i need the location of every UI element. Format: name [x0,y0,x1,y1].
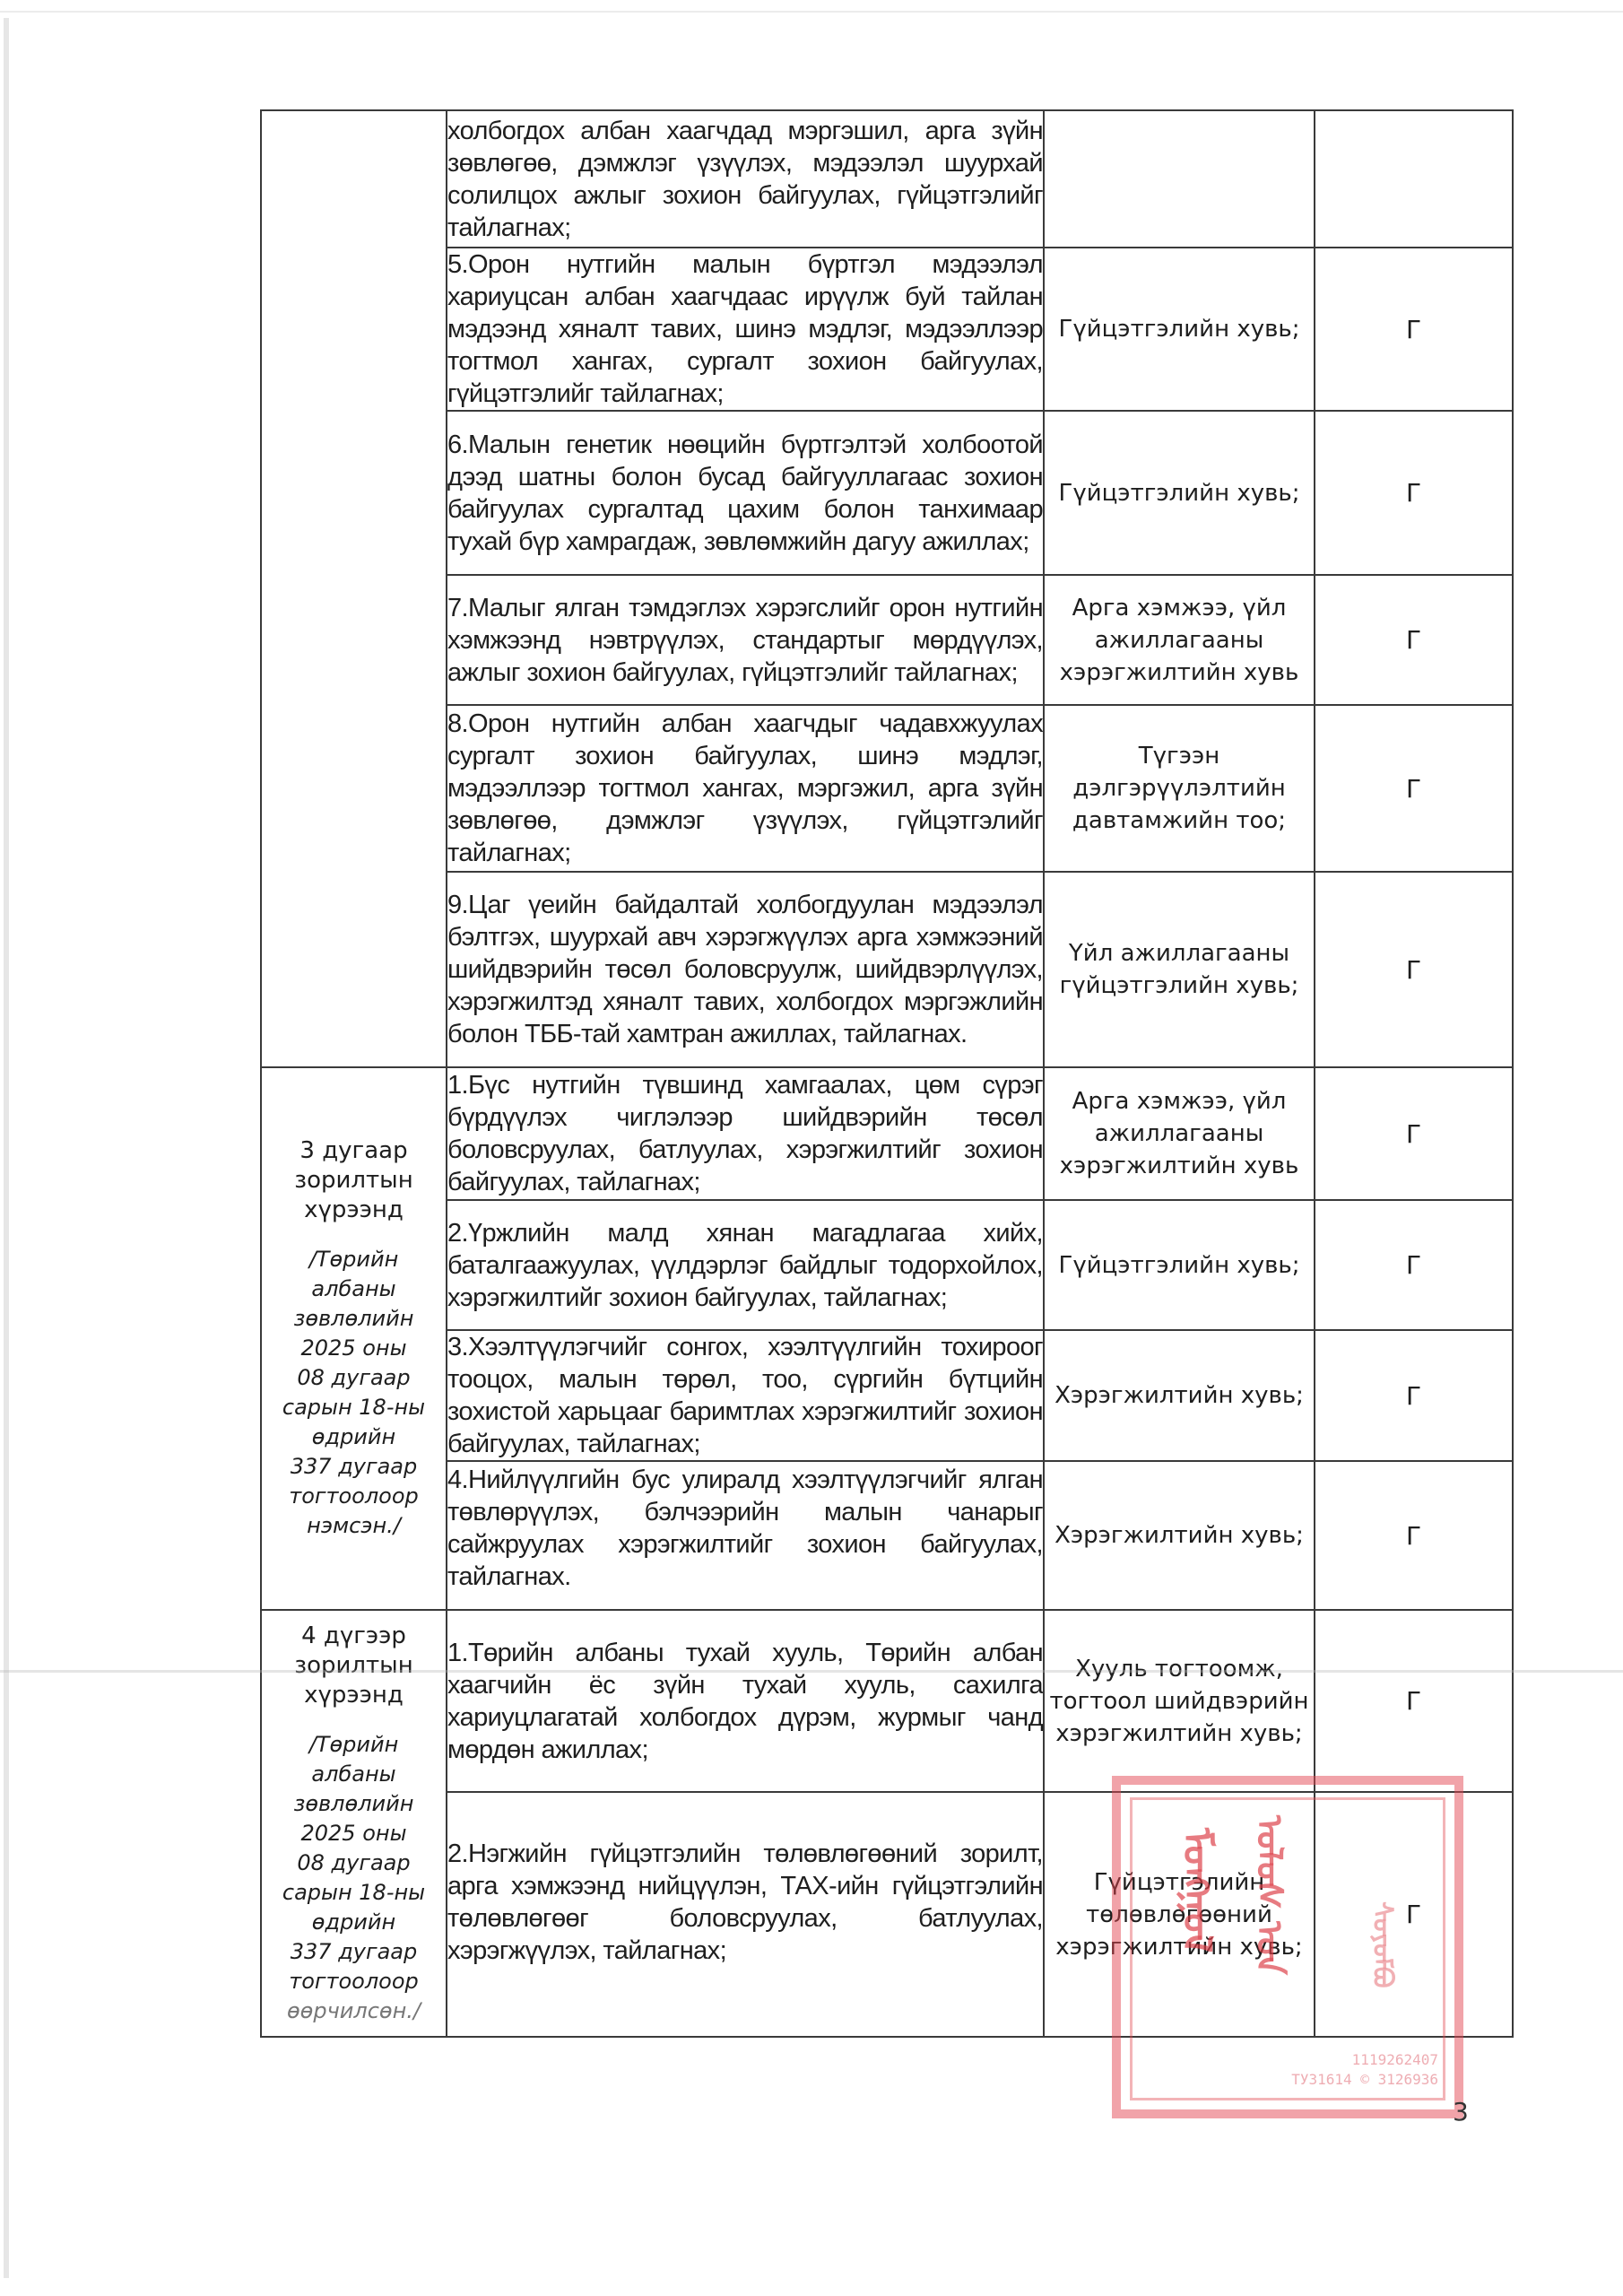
indicator-cell: Гүйцэтгэлийн хувь; [1044,1200,1315,1330]
table-row: 8.Орон нутгийн албан хаагчдыг чадавхжуул… [261,705,1513,872]
task-cell: 3.Хээлтүүлэгчийг сонгох, хээлтүүлгийн то… [447,1330,1044,1461]
official-seal-stamp: ᠮᠣᠩᠭᠣᠯ ᠤᠯᠤᠰ ᠤᠨ ᠰᠣᠶᠣᠮᠪᠣ 1119262407 ТУ3161… [1112,1776,1463,2118]
note-line: сарын 18-ны [282,1395,425,1420]
performance-plan-table: холбогдох албан хаагчдад мэргэшил, арга … [260,109,1514,2038]
goal-cell-continued [261,110,447,1067]
note-line: өдрийн [312,1424,395,1449]
level-cell: Г [1315,248,1513,411]
note-line: тогтоолоор [289,1969,419,1994]
level-cell: Г [1315,705,1513,872]
task-cell: 6.Малын генетик нөөцийн бүртгэлтэй холбо… [447,411,1044,575]
indicator-cell: Арга хэмжээ, үйл ажиллагааны хэрэгжилтий… [1044,1067,1315,1200]
note-line: өдрийн [312,1909,395,1935]
note-line: албаны [311,1276,395,1301]
task-cell: 2.Нэгжийн гүйцэтгэлийн төлөвлөгөөний зор… [447,1792,1044,2037]
stamp-emblem-icon: ᠰᠣᠶᠣᠮᠪᠣ [1358,1901,1406,1988]
table-row: 2.Үржлийн малд хянан магадлагаа хийх, ба… [261,1200,1513,1330]
note-line: зөвлөлийн [294,1306,414,1331]
level-cell: Г [1315,872,1513,1067]
table-row: 3 дугаар зорилтын хүрээнд /Төрийн албаны… [261,1067,1513,1200]
task-cell: 2.Үржлийн малд хянан магадлагаа хийх, ба… [447,1200,1044,1330]
note-line: 2025 оны [300,1821,406,1846]
indicator-cell: Түгээн дэлгэрүүлэлтийн давтамжийн тоо; [1044,705,1315,872]
note-line: 337 дугаар [291,1454,418,1479]
level-cell: Г [1315,575,1513,705]
note-line: 08 дугаар [297,1365,410,1390]
task-cell: 9.Цаг үеийн байдалтай холбогдуулан мэдээ… [447,872,1044,1067]
goal-3-title: 3 дугаар зорилтын хүрээнд [262,1136,446,1225]
note-line: 08 дугаар [297,1850,410,1875]
task-cell: 7.Малыг ялган тэмдэглэх хэрэгслийг орон … [447,575,1044,705]
indicator-cell: Хэрэгжилтийн хувь; [1044,1330,1315,1461]
table-row: 5.Орон нутгийн малын бүртгэл мэдээлэл ха… [261,248,1513,411]
note-line: тогтоолоор [289,1483,419,1509]
note-line: 337 дугаар [291,1939,418,1964]
table-row: 6.Малын генетик нөөцийн бүртгэлтэй холбо… [261,411,1513,575]
note-line: сарын 18-ны [282,1880,425,1905]
goal-4-cell: 4 дүгээр зорилтын хүрээнд /Төрийн албаны… [261,1610,447,2037]
table-row: 3.Хээлтүүлэгчийг сонгох, хээлтүүлгийн то… [261,1330,1513,1461]
table-row: 7.Малыг ялган тэмдэглэх хэрэгслийг орон … [261,575,1513,705]
note-line: нэмсэн./ [307,1513,401,1538]
indicator-cell: Гүйцэтгэлийн хувь; [1044,411,1315,575]
level-cell: Г [1315,1200,1513,1330]
stamp-mongolian-script-icon: ᠤᠯᠤᠰ ᠤᠨ [1237,1815,1300,1975]
stamp-serial-1: 1119262407 [1352,2051,1438,2068]
document-page: холбогдох албан хаагчдад мэргэшил, арга … [260,109,1514,2038]
note-line: зөвлөлийн [294,1791,414,1816]
task-cell: холбогдох албан хаагчдад мэргэшил, арга … [447,110,1044,248]
indicator-cell: Үйл ажиллагааны гүйцэтгэлийн хувь; [1044,872,1315,1067]
task-cell: 1.Төрийн албаны тухай хууль, Төрийн алба… [447,1610,1044,1792]
indicator-cell: Гүйцэтгэлийн хувь; [1044,248,1315,411]
indicator-cell [1044,110,1315,248]
indicator-cell: Арга хэмжээ, үйл ажиллагааны хэрэгжилтий… [1044,575,1315,705]
scan-edge-left [4,18,9,2278]
table-row: 9.Цаг үеийн байдалтай холбогдуулан мэдээ… [261,872,1513,1067]
task-cell: 5.Орон нутгийн малын бүртгэл мэдээлэл ха… [447,248,1044,411]
scan-fold-line [0,1670,1623,1673]
indicator-cell: Хууль тогтоомж, тогтоол шийдвэрийн хэрэг… [1044,1610,1315,1792]
note-line: 2025 оны [300,1335,406,1361]
table-row: 4 дүгээр зорилтын хүрээнд /Төрийн албаны… [261,1610,1513,1792]
task-cell: 8.Орон нутгийн албан хаагчдыг чадавхжуул… [447,705,1044,872]
task-cell: 1.Бүс нутгийн түвшинд хамгаалах, цөм сүр… [447,1067,1044,1200]
level-cell: Г [1315,1330,1513,1461]
level-cell: Г [1315,411,1513,575]
goal-4-note: /Төрийн албаны зөвлөлийн 2025 оны 08 дуг… [262,1730,446,2026]
note-line: /Төрийн [309,1247,399,1272]
page-number: 3 [1453,2097,1469,2126]
scan-edge-top [0,11,1623,13]
task-cell: 4.Нийлүүлгийн бус улиралд хээлтүүлэгчийг… [447,1461,1044,1610]
goal-3-cell: 3 дугаар зорилтын хүрээнд /Төрийн албаны… [261,1067,447,1610]
goal-3-note: /Төрийн албаны зөвлөлийн 2025 оны 08 дуг… [262,1245,446,1541]
note-line: өөрчилсөн./ [287,1998,421,2023]
level-cell: Г [1315,1610,1513,1792]
stamp-mongolian-script-icon: ᠮᠣᠩᠭᠣᠯ [1162,1828,1231,1952]
level-cell: Г [1315,1461,1513,1610]
note-line: албаны [311,1761,395,1787]
goal-4-title: 4 дүгээр зорилтын хүрээнд [262,1622,446,1710]
stamp-serial-2: ТУ31614 © 3126936 [1291,2071,1438,2088]
level-cell [1315,110,1513,248]
table-row: 4.Нийлүүлгийн бус улиралд хээлтүүлэгчийг… [261,1461,1513,1610]
level-cell: Г [1315,1067,1513,1200]
table-row: холбогдох албан хаагчдад мэргэшил, арга … [261,110,1513,248]
note-line: /Төрийн [309,1732,399,1757]
indicator-cell: Хэрэгжилтийн хувь; [1044,1461,1315,1610]
